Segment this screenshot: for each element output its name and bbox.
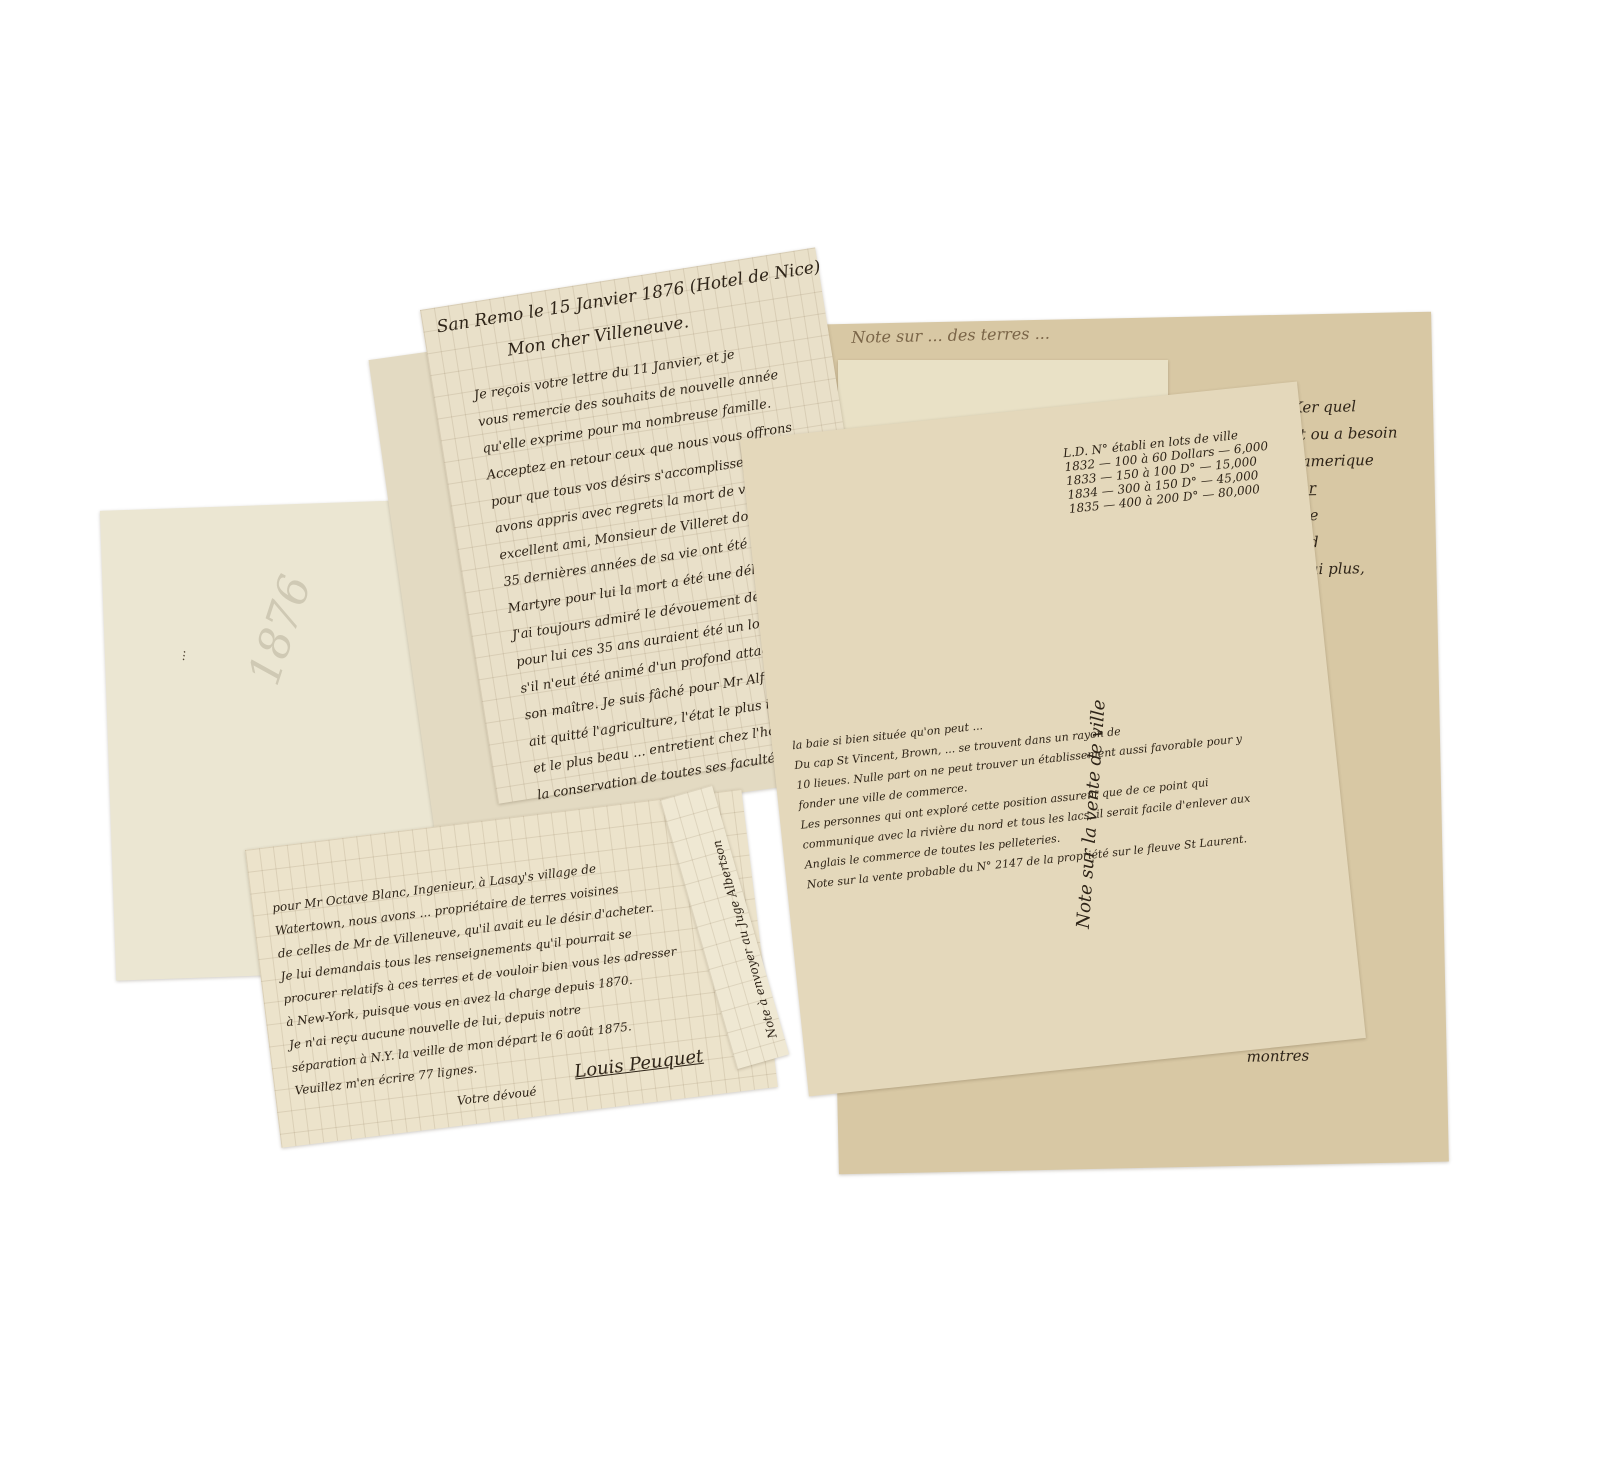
folder-header-text: Note sur ... des terres ... [851, 324, 1050, 347]
note-body: la baie si bien située qu'on peut ... Du… [791, 705, 1106, 895]
pencil-date: 1876 [239, 569, 322, 691]
note-sheet-right: Note sur la vente de ville L.D. N° établ… [740, 381, 1366, 1096]
margin-note: ... [173, 649, 188, 662]
note-table: L.D. N° établi en lots de ville 1832 — 1… [1062, 423, 1288, 516]
closing: Votre dévoué [456, 1084, 537, 1108]
